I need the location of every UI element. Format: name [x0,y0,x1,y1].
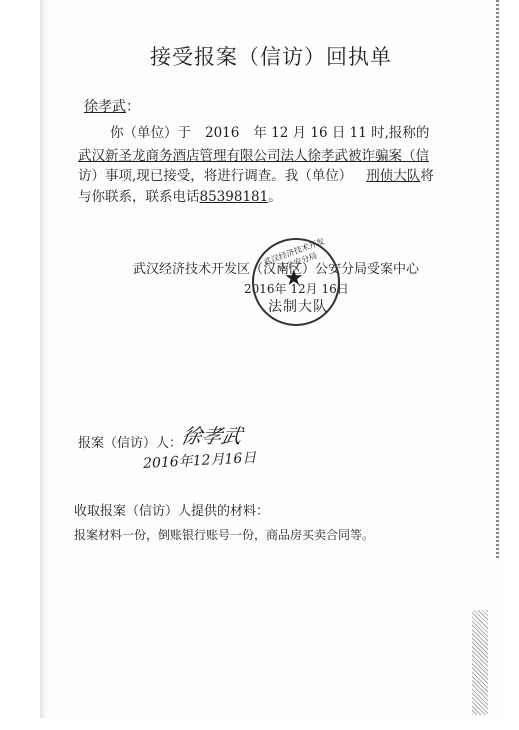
stamp-bottom-text: 法制大队 [268,296,328,316]
addressee: 徐孝武： [78,96,140,116]
addressee-suffix: ： [126,99,140,115]
addressee-name: 徐孝武 [78,99,126,115]
line1-mid: 年 12 月 16 日 11 时,报称的 [253,125,429,141]
document-title: 接受报案（信访）回执单 [150,41,392,71]
handling-unit: 刑侦大队 [366,168,420,184]
line1-prefix: 你（单位）于 [110,125,191,141]
line4-prefix: 与你联系，联系电话 [78,189,200,205]
body-line-2: 武汉新圣龙商务酒店管理有限公司法人徐孝武被诈骗案（信 [78,144,429,164]
reporter-signature: 徐孝武 [179,420,245,449]
official-stamp: 武汉经济技术开发区公安分局 ★ 法制大队 [252,238,340,326]
line4-suffix: 。 [268,189,282,205]
body-line-4: 与你联系，联系电话85398181。 [78,185,282,205]
body-line-1: 你（单位）于2016年 12 月 16 日 11 时,报称的 [110,121,429,141]
materials-label: 收取报案（信访）人提供的材料： [74,500,269,519]
reporter-label: 报案（信访）人： [78,432,182,451]
line3-suffix: 将 [420,168,434,184]
scan-edge-artifact [496,0,499,560]
scan-noise-artifact [472,610,488,715]
star-icon: ★ [284,266,304,291]
report-year: 2016 [205,125,239,141]
line3-prefix: 访）事项,现已接受，将进行调查。我（单位） [78,168,352,184]
materials-value: 报案材料一份，倒账银行账号一份，商品房买卖合同等。 [74,526,374,543]
contact-phone: 85398181 [200,189,269,205]
body-line-3: 访）事项,现已接受，将进行调查。我（单位）刑侦大队将 [78,164,434,184]
